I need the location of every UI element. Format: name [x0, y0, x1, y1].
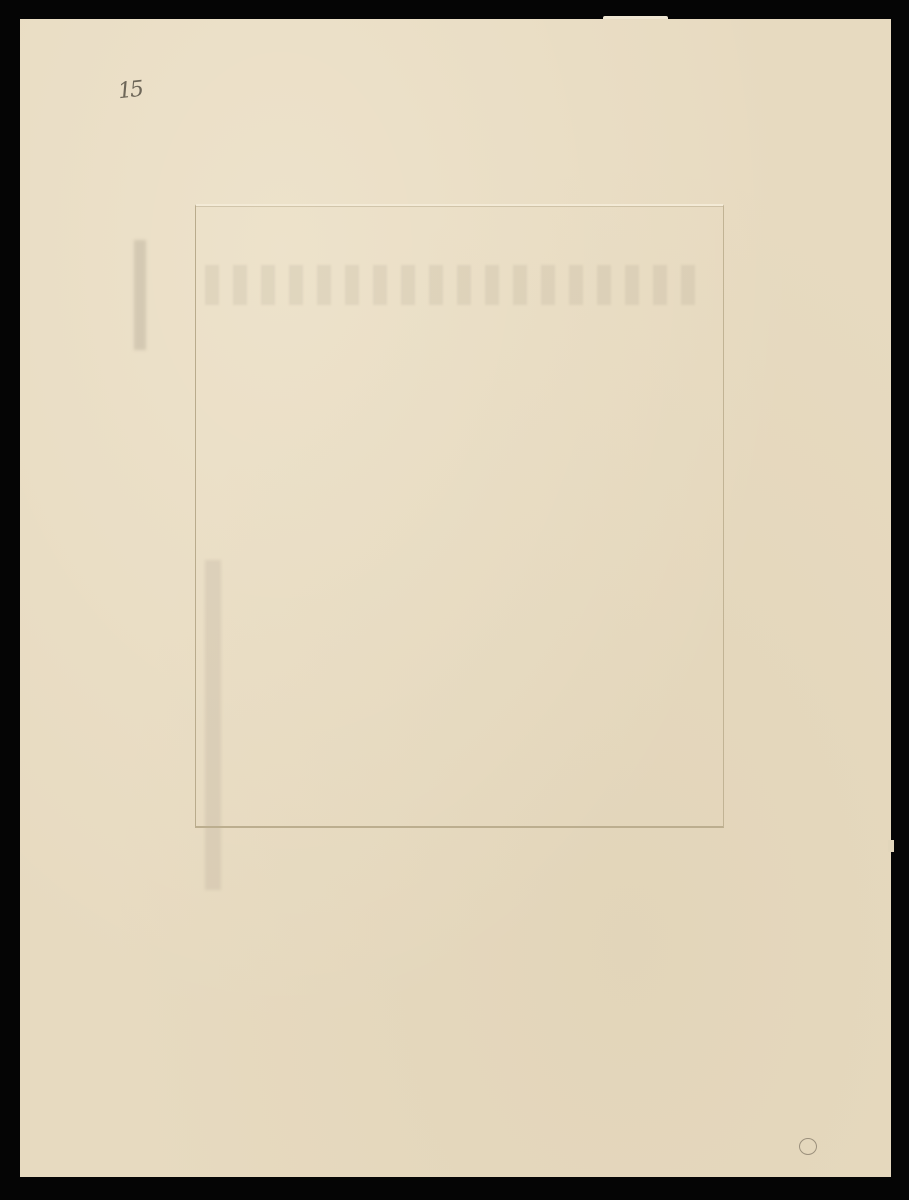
plate-mark	[195, 204, 724, 828]
paper-edge-nick	[888, 840, 894, 852]
pencil-circle-mark	[799, 1138, 817, 1155]
pencil-page-number: 15	[117, 77, 143, 104]
ink-show-through-left	[134, 240, 146, 350]
